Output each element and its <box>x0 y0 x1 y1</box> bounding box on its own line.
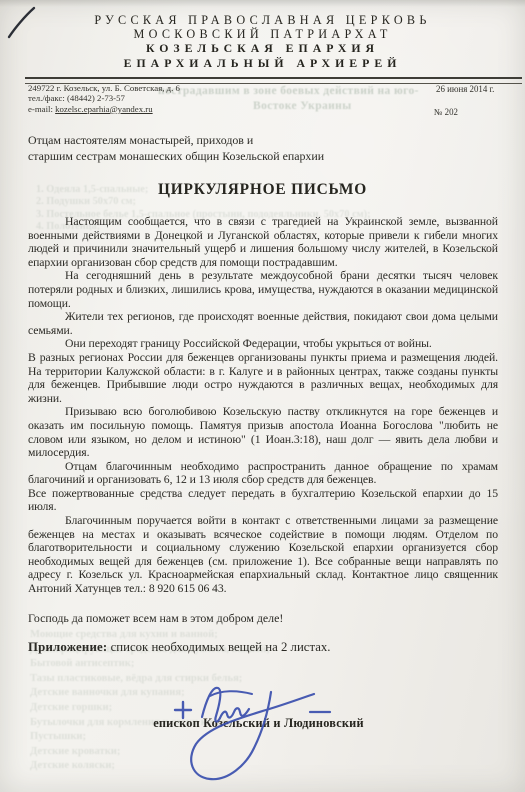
email-line: e-mail: kozelsc.eparhia@yandex.ru <box>28 104 180 114</box>
bleedthrough-item: Детские кроватки; <box>30 745 270 760</box>
letter-title: ЦИРКУЛЯРНОЕ ПИСЬМО <box>0 181 525 199</box>
bishop-office: ЕПАРХИАЛЬНЫЙ АРХИЕРЕЙ <box>0 56 525 70</box>
paragraph: В разных регионах России для беженцев ор… <box>28 351 498 405</box>
attachment-text: список необходимых вещей на 2 листах. <box>107 640 330 654</box>
addressee-block: Отцам настоятелям монастырей, приходов и… <box>28 133 324 164</box>
addressee-line: Отцам настоятелям монастырей, приходов и <box>28 133 324 149</box>
bleedthrough-item: Детские коляски; <box>30 759 270 774</box>
patriarchate-name: МОСКОВСКИЙ ПАТРИАРХАТ <box>0 27 525 41</box>
attachment-note: Приложение: список необходимых вещей на … <box>28 640 331 655</box>
letter-body: Настоящим сообщается, что в связи с траг… <box>28 215 498 596</box>
paragraph: Настоящим сообщается, что в связи с траг… <box>28 215 498 269</box>
bleedthrough-item: Бытовой антисептик; <box>30 657 270 672</box>
paragraph: Благочинным поручается войти в контакт с… <box>28 514 498 596</box>
letterhead: РУССКАЯ ПРАВОСЛАВНАЯ ЦЕРКОВЬ МОСКОВСКИЙ … <box>0 13 525 70</box>
letter-number: № 202 <box>434 107 458 117</box>
email-address: kozelsc.eparhia@yandex.ru <box>55 104 153 114</box>
paragraph: Отцам благочинным необходимо распростран… <box>28 460 498 487</box>
scanned-letter-page: пострадавшим в зоне боевых действий на ю… <box>0 0 525 792</box>
attachment-label: Приложение: <box>28 640 107 654</box>
bleedthrough-line: пострадавшим в зоне боевых действий на ю… <box>158 85 419 97</box>
paragraph: На сегодняшний день в результате междоус… <box>28 269 498 310</box>
eparchy-name: КОЗЕЛЬСКАЯ ЕПАРХИЯ <box>0 41 525 55</box>
church-name: РУССКАЯ ПРАВОСЛАВНАЯ ЦЕРКОВЬ <box>0 13 525 27</box>
letter-date: 26 июня 2014 г. <box>436 84 494 94</box>
email-label: e-mail: <box>28 104 55 114</box>
signatory-title: епископ Козельский и Людиновский <box>0 716 517 731</box>
bleedthrough-item: Детские горшки; <box>30 701 270 716</box>
bleedthrough-item: Пустышки; <box>30 730 270 745</box>
bleedthrough-item: Детские ванночки для купания; <box>30 686 270 701</box>
paragraph: Призываю всю боголюбивою Козельскую паст… <box>28 405 498 459</box>
paragraph: Все пожертвованные средства следует пере… <box>28 487 498 514</box>
bleedthrough-item: Тазы пластиковые, вёдра для стирки белья… <box>30 672 270 687</box>
postal-address: 249722 г. Козельск, ул. Б. Советская, д.… <box>28 83 180 93</box>
addressee-line: старшим сестрам монашеских общин Козельс… <box>28 149 324 165</box>
bleedthrough-line: Востоке Украины <box>253 100 352 112</box>
phone-fax: тел./факс: (48442) 2-73-57 <box>28 93 180 103</box>
contact-block: 249722 г. Козельск, ул. Б. Советская, д.… <box>28 83 180 114</box>
closing-prayer: Господь да поможет всем нам в этом добро… <box>28 611 283 626</box>
paragraph: Жители тех регионов, где происходят воен… <box>28 310 498 337</box>
paragraph: Они переходят границу Российской Федерац… <box>28 337 498 351</box>
